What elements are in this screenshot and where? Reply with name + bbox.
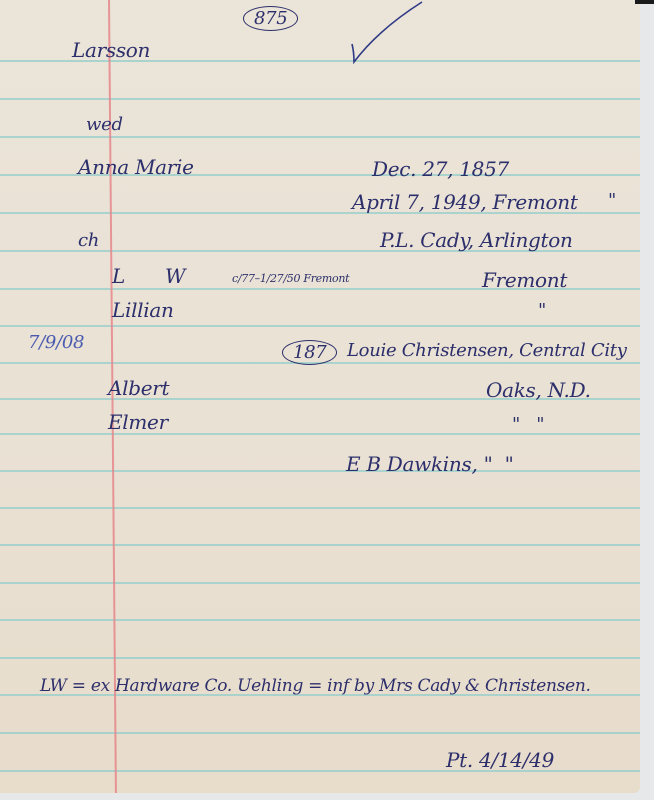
entry-value-ditto: " — [538, 300, 546, 321]
rule-line — [0, 544, 640, 546]
entry-label-lw: L W — [112, 264, 185, 288]
circled-number-187: 187 — [282, 340, 337, 365]
entry-label-wed: wed — [86, 114, 123, 135]
rule-line — [0, 619, 640, 621]
footer-date: Pt. 4/14/49 — [446, 748, 554, 772]
ditto-mark: " — [608, 190, 616, 211]
entry-value-christensen: Louie Christensen, Central City — [347, 340, 627, 361]
entry-value-birth-date: Dec. 27, 1857 — [372, 157, 509, 181]
entry-value-ditto-pair: " " — [512, 414, 544, 435]
checkmark-icon — [348, 0, 428, 66]
margin-note-date: 7/9/08 — [28, 332, 84, 353]
entry-value-fremont: Fremont — [482, 268, 567, 292]
rule-line — [0, 657, 640, 659]
rule-line — [0, 470, 640, 472]
surname: Larsson — [72, 38, 150, 62]
entry-value-death: April 7, 1949, Fremont — [352, 190, 578, 214]
rule-line — [0, 98, 640, 100]
entry-label-elmer: Elmer — [108, 410, 168, 434]
entry-note-lw: c/77–1/27/50 Fremont — [232, 272, 349, 285]
scan-edge — [635, 0, 654, 4]
entry-label-ch: ch — [78, 230, 99, 251]
entry-label-albert: Albert — [108, 376, 169, 400]
entry-label-anna-marie: Anna Marie — [78, 155, 194, 179]
rule-line — [0, 732, 640, 734]
entry-label-lillian: Lillian — [112, 298, 174, 322]
rule-line — [0, 507, 640, 509]
rule-line — [0, 325, 640, 327]
footer-note: LW = ex Hardware Co. Uehling = inf by Mr… — [40, 676, 591, 696]
ledger-page: 875 Larsson wed Anna Marie Dec. 27, 1857… — [0, 0, 640, 793]
entry-value-oaks: Oaks, N.D. — [486, 378, 591, 402]
entry-value-cady: P.L. Cady, Arlington — [380, 228, 573, 252]
rule-line — [0, 582, 640, 584]
entry-value-dawkins: E B Dawkins, " " — [346, 452, 513, 476]
rule-line — [0, 136, 640, 138]
record-number: 875 — [243, 6, 298, 31]
